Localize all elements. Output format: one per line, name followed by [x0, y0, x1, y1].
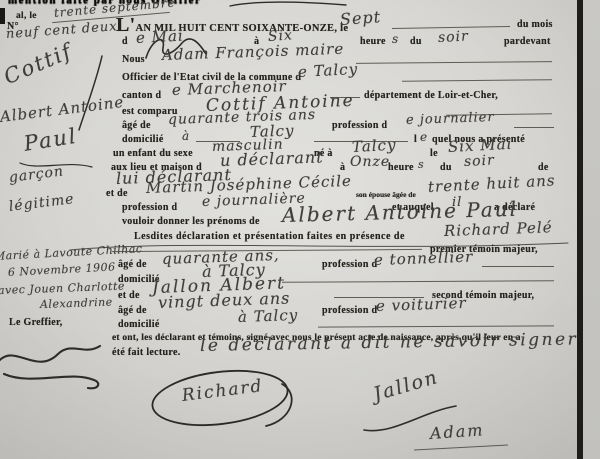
signature-underline	[414, 445, 508, 451]
clerk-signature-icon	[0, 334, 114, 392]
tribunal-fragment: al, le	[16, 11, 37, 21]
printed-profession-d-4: profession d	[322, 305, 377, 316]
hw-marriage-note-4: Alexandrine	[40, 295, 113, 311]
printed-prenoms-de: vouloir donner les prénoms de	[122, 216, 260, 227]
fill-rule	[282, 280, 554, 282]
hw-commune: e Talcy	[298, 60, 359, 81]
fill-rule	[356, 61, 552, 64]
hw-margin-legitimacy: légitime	[8, 191, 75, 215]
printed-du-mois: du mois	[517, 19, 553, 30]
hw-birth-place: Talcy	[352, 136, 397, 156]
printed-heure: heure	[360, 36, 386, 47]
hw-witness1-profession: e tonnellier	[374, 248, 474, 269]
hw-heure-s-2: s	[418, 158, 425, 171]
fill-rule	[482, 266, 554, 267]
printed-canton: canton d	[122, 90, 161, 101]
printed-age-de-2: âgé de	[118, 259, 147, 270]
printed-pardevant: pardevant	[504, 36, 551, 47]
printed-le: le	[430, 148, 438, 159]
printed-l: l	[414, 134, 417, 145]
hw-mention-year: neuf cent deux	[5, 19, 118, 42]
hw-birth-house: u déclarant	[220, 147, 324, 170]
hw-declarant-profession: e journalier	[406, 110, 495, 128]
scanned-birth-record: mention faite par nous Greffier al, le t…	[0, 0, 600, 459]
hw-witness2-domicile: à Talcy	[238, 306, 299, 326]
printed-domicilie-3: domicilié	[118, 319, 160, 330]
hw-margin-firstnames: Albert Antoine	[0, 93, 125, 126]
hw-mother-age: trente huit ans	[428, 171, 556, 196]
hw-act-day: Sept	[339, 7, 381, 29]
hw-margin-surname: Cottif	[0, 39, 76, 89]
printed-profession-d-3: profession d	[322, 259, 377, 270]
witness1-signature: Richard	[150, 368, 300, 430]
hw-act-month: e Mai	[136, 27, 185, 47]
hw-domicile-a: à	[182, 129, 190, 143]
hw-margin-firstname2: Paul	[22, 124, 79, 156]
hw-act-period: soir	[438, 28, 470, 46]
printed-enfant-sexe: un enfant du sexe	[113, 148, 193, 159]
printed-profession-d: profession d	[332, 120, 387, 131]
hw-margin-sex: garçon	[8, 163, 65, 186]
hw-heure-s: s	[392, 32, 399, 46]
fill-rule	[514, 127, 554, 128]
hw-lequel-e: e	[420, 130, 428, 144]
hw-witness2-profession: e voiturier	[376, 294, 467, 315]
printed-et-de-1: et de	[106, 188, 128, 199]
printed-nous: Nous	[122, 54, 145, 65]
printed-age-de: âgé de	[122, 120, 151, 131]
printed-heure-2: heure	[388, 162, 414, 173]
printed-du: du	[410, 36, 422, 47]
officer-signature: Adam	[408, 420, 518, 455]
hw-birth-period: soir	[464, 152, 496, 170]
hw-marriage-note-3: avec Jouen Charlotte	[0, 280, 125, 297]
printed-ete-fait-lecture: été fait lecture.	[112, 347, 181, 358]
printed-profession-d-2: profession d	[122, 202, 177, 213]
right-edge-margin	[583, 0, 600, 459]
printed-departement: département de Loir-et-Cher,	[364, 90, 498, 101]
printed-et-de-2: et de	[118, 290, 140, 301]
printed-du-2: du	[440, 162, 452, 173]
hw-officer-signature-text: Adam	[429, 420, 485, 443]
clerk-label: Le Greffier,	[9, 317, 63, 328]
hw-witness2-signature-text: Jallon	[371, 366, 441, 406]
printed-d: d	[122, 36, 128, 47]
hw-birth-hour: Onze	[350, 154, 390, 170]
hw-marriage-note-2: 6 Novembre 1906	[8, 260, 116, 279]
left-edge-mark	[0, 8, 5, 24]
fill-rule	[318, 325, 554, 327]
printed-domicilie-1: domicilié	[122, 134, 164, 145]
margin-slash-stroke-icon	[78, 54, 104, 132]
fill-rule	[402, 79, 552, 82]
printed-age-de-3: âgé de	[118, 305, 147, 316]
printed-epouse-agee: son épouse âgée de	[356, 190, 416, 199]
